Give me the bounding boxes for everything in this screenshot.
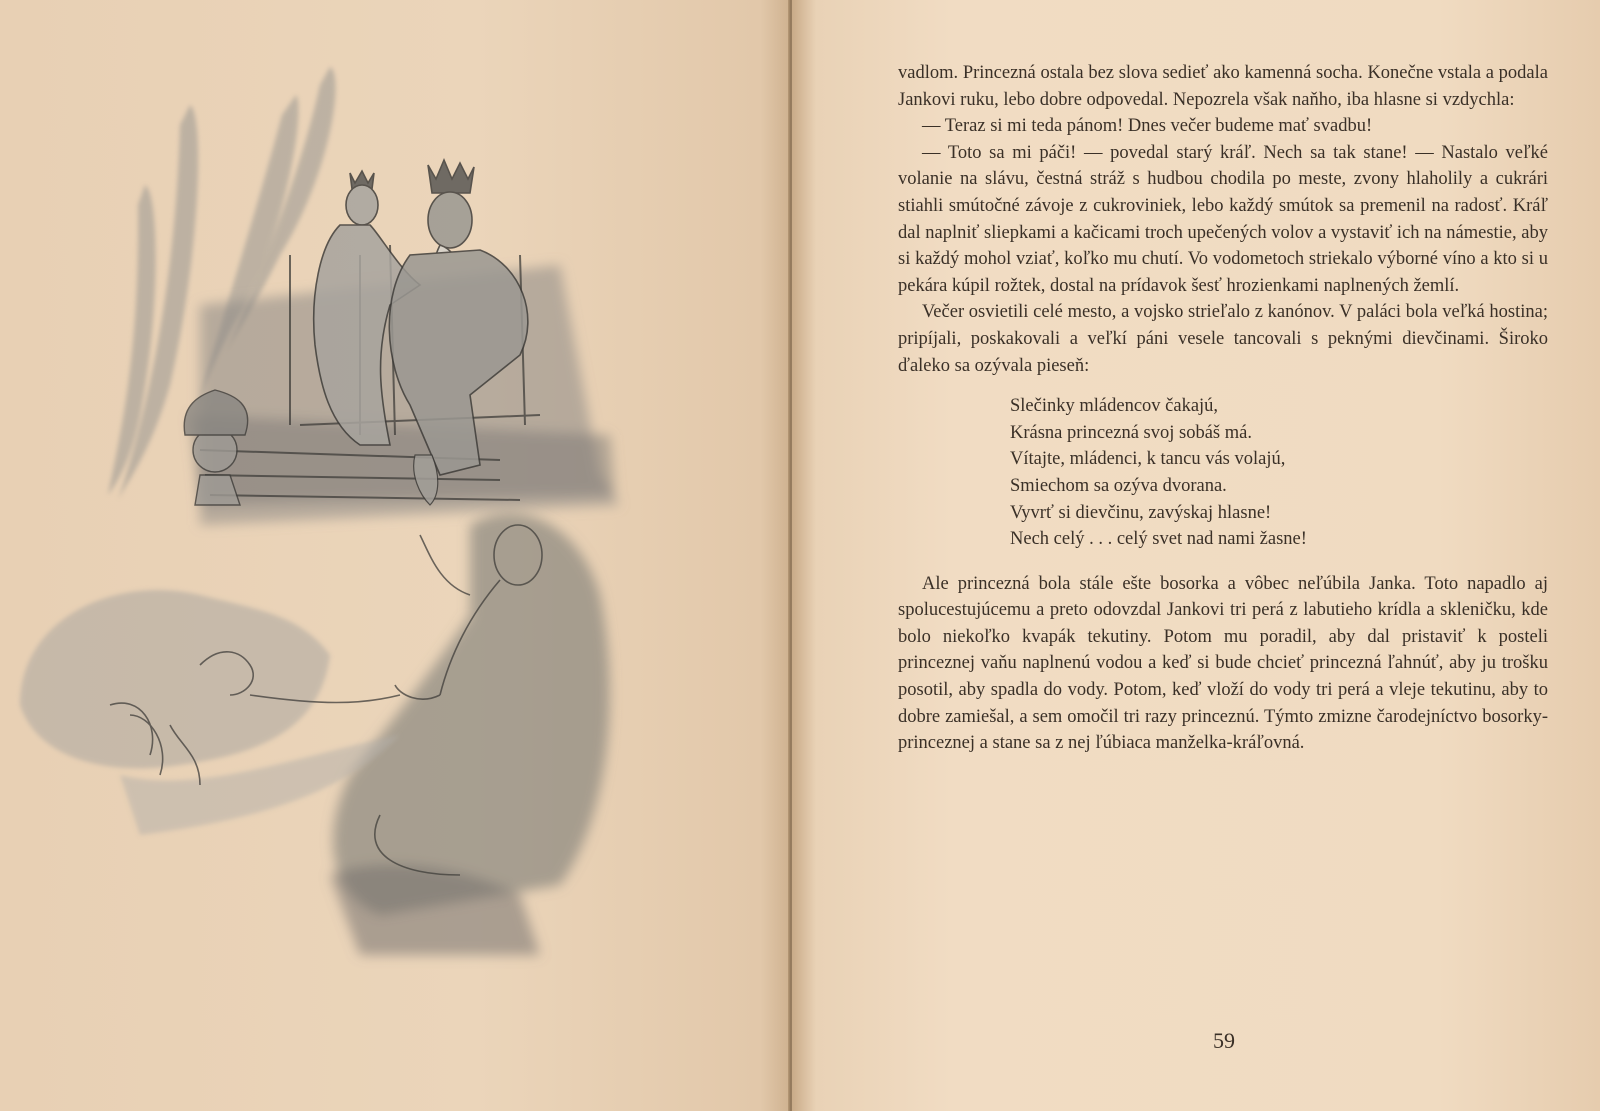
book-spread: vadlom. Princezná ostala bez slova sedie… — [0, 0, 1600, 1111]
paragraph: Ale princezná bola stále ešte bosorka a … — [898, 571, 1548, 757]
verse-line: Krásna princezná svoj sobáš má. — [1010, 420, 1548, 447]
verse-line: Slečinky mládencov čakajú, — [1010, 393, 1548, 420]
left-page — [0, 0, 792, 1111]
paragraph: — Teraz si mi teda pánom! Dnes večer bud… — [898, 113, 1548, 140]
page-number: 59 — [1213, 1028, 1235, 1054]
illustration-image — [0, 55, 680, 975]
body-text: vadlom. Princezná ostala bez slova sedie… — [898, 60, 1548, 757]
verse-line: Smiechom sa ozýva dvorana. — [1010, 473, 1548, 500]
paragraph: — Toto sa mi páči! — povedal starý kráľ.… — [898, 140, 1548, 300]
verse-line: Vyvrť si dievčinu, zavýskaj hlasne! — [1010, 500, 1548, 527]
paragraph: Večer osvietili celé mesto, a vojsko str… — [898, 299, 1548, 379]
paragraph: vadlom. Princezná ostala bez slova sedie… — [898, 60, 1548, 113]
song-verse: Slečinky mládencov čakajú, Krásna prince… — [1010, 393, 1548, 553]
kneeling-man — [330, 513, 610, 955]
verse-line: Nech celý . . . celý svet nad nami žasne… — [1010, 526, 1548, 553]
verse-line: Vítajte, mládenci, k tancu vás volajú, — [1010, 446, 1548, 473]
